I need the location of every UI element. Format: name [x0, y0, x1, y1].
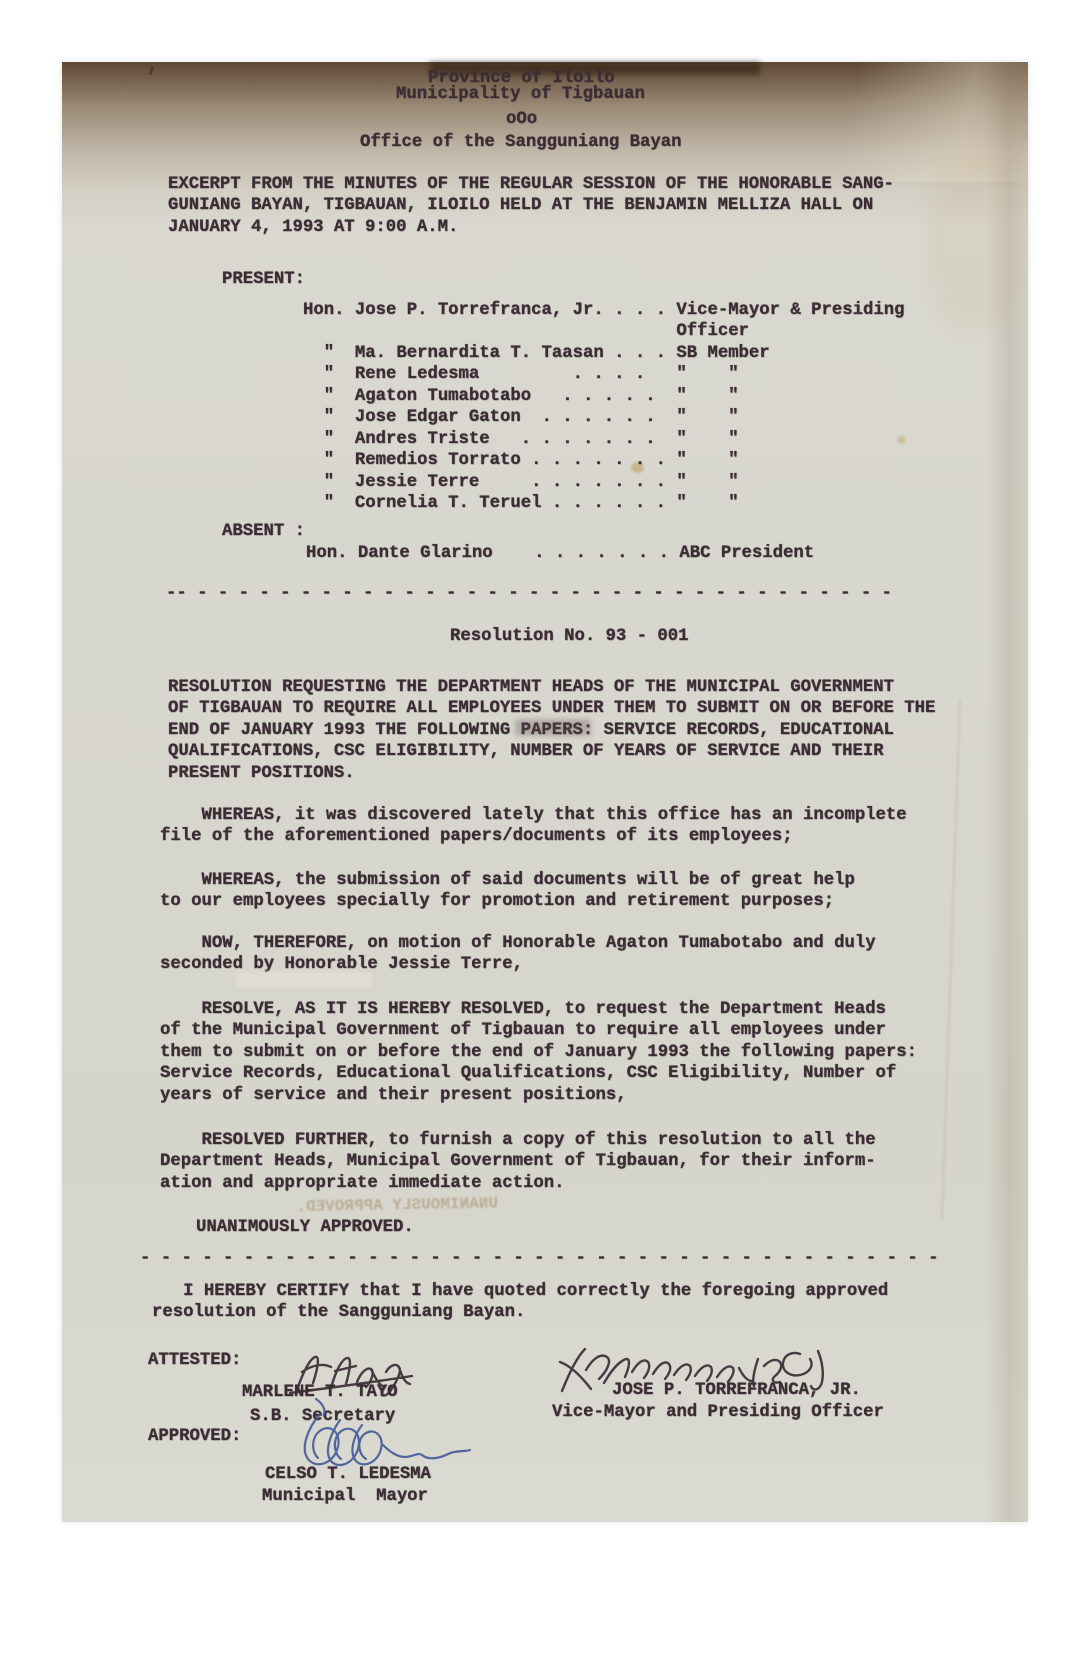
body-line: of the Municipal Government of Tigbauan … [160, 1020, 917, 1041]
dashed-separator: -- - - - - - - - - - - - - - - - - - - -… [166, 584, 892, 604]
attendance-row: " Ma. Bernardita T. Taasan . . . SB Memb… [303, 343, 905, 364]
approved-line: UNANIMOUSLY APPROVED. [196, 1218, 414, 1238]
attendance-row: " Cornelia T. Teruel . . . . . . " " [303, 493, 905, 514]
whereas-paragraph-1: WHEREAS, it was discovered lately that t… [160, 805, 907, 848]
attendance-row: " Andres Triste . . . . . . . " " [303, 429, 905, 450]
body-line: years of service and their present posit… [160, 1085, 917, 1106]
header-ornament: oOo [506, 110, 537, 130]
attendance-row: Hon. Jose P. Torrefranca, Jr. . . . Vice… [303, 300, 905, 321]
vice-mayor-title: Vice-Mayor and Presiding Officer [552, 1403, 884, 1423]
body-line: to our employees specially for promotion… [160, 891, 855, 912]
attendance-row: Officer [303, 321, 905, 342]
mayor-name: CELSO T. LEDESMA [265, 1465, 431, 1485]
now-therefore-paragraph: NOW, THEREFORE, on motion of Honorable A… [160, 933, 876, 976]
approved-label: APPROVED: [148, 1427, 241, 1447]
resolution-title-line: QUALIFICATIONS, CSC ELIGIBILITY, NUMBER … [168, 741, 935, 762]
body-line: seconded by Honorable Jessie Terre, [160, 954, 876, 975]
attendance-row: " Agaton Tumabotabo . . . . . " " [303, 386, 905, 407]
body-line: Department Heads, Municipal Government o… [160, 1151, 876, 1172]
absent-label: ABSENT : [222, 522, 305, 542]
header-municipality-line: Municipality of Tigbauan [396, 85, 645, 105]
body-line: WHEREAS, it was discovered lately that t… [160, 805, 907, 826]
mayor-title: Municipal Mayor [262, 1487, 428, 1507]
resolve-paragraph: RESOLVE, AS IT IS HEREBY RESOLVED, to re… [160, 999, 917, 1106]
excerpt-line: EXCERPT FROM THE MINUTES OF THE REGULAR … [168, 174, 894, 195]
header-office-line: Office of the Sangguniang Bayan [360, 133, 681, 153]
body-line: Service Records, Educational Qualificati… [160, 1063, 917, 1084]
resolution-title: RESOLUTION REQUESTING THE DEPARTMENT HEA… [168, 677, 935, 784]
body-line: WHEREAS, the submission of said document… [160, 870, 855, 891]
attendance-list: Hon. Jose P. Torrefranca, Jr. . . . Vice… [303, 300, 905, 514]
body-line: RESOLVED FURTHER, to furnish a copy of t… [160, 1130, 876, 1151]
present-label: PRESENT: [222, 270, 305, 290]
scanned-document-screenshot: { "colors": { "ink": "#3c2d35", "paper":… [0, 0, 1088, 1664]
certify-line: resolution of the Sangguniang Bayan. [152, 1302, 888, 1323]
secretary-title: S.B. Secretary [250, 1407, 395, 1427]
body-line: file of the aforementioned papers/docume… [160, 826, 907, 847]
body-line: ation and appropriate immediate action. [160, 1173, 876, 1194]
vice-mayor-name: JOSE P. TORREFRANCA, JR. [612, 1381, 861, 1401]
excerpt-line: JANUARY 4, 1993 AT 9:00 A.M. [168, 217, 894, 238]
resolution-title-line: OF TIGBAUAN TO REQUIRE ALL EMPLOYEES UND… [168, 698, 935, 719]
body-line: RESOLVE, AS IT IS HEREBY RESOLVED, to re… [160, 999, 917, 1020]
absent-row: Hon. Dante Glarino . . . . . . . ABC Pre… [306, 544, 814, 564]
resolution-title-line: RESOLUTION REQUESTING THE DEPARTMENT HEA… [168, 677, 935, 698]
resolution-title-line: END OF JANUARY 1993 THE FOLLOWING PAPERS… [168, 720, 935, 741]
resolution-title-line: PRESENT POSITIONS. [168, 763, 935, 784]
attendance-row: " Jessie Terre . . . . . . . " " [303, 472, 905, 493]
certify-line: I HEREBY CERTIFY that I have quoted corr… [152, 1281, 888, 1302]
certification-paragraph: I HEREBY CERTIFY that I have quoted corr… [152, 1281, 888, 1324]
attendance-row: " Rene Ledesma . . . . " " [303, 364, 905, 385]
excerpt-paragraph: EXCERPT FROM THE MINUTES OF THE REGULAR … [168, 174, 894, 238]
whereas-paragraph-2: WHEREAS, the submission of said document… [160, 870, 855, 913]
attendance-row: " Jose Edgar Gaton . . . . . . " " [303, 407, 905, 428]
attested-label: ATTESTED: [148, 1351, 241, 1371]
dashed-separator: - - - - - - - - - - - - - - - - - - - - … [140, 1249, 939, 1269]
secretary-name: MARLENE T. TAYO [242, 1383, 398, 1403]
body-line: NOW, THEREFORE, on motion of Honorable A… [160, 933, 876, 954]
body-line: them to submit on or before the end of J… [160, 1042, 917, 1063]
attendance-row: " Remedios Torrato . . . . . . . " " [303, 450, 905, 471]
resolution-number: Resolution No. 93 - 001 [450, 627, 689, 647]
excerpt-line: GUNIANG BAYAN, TIGBAUAN, ILOILO HELD AT … [168, 195, 894, 216]
resolved-further-paragraph: RESOLVED FURTHER, to furnish a copy of t… [160, 1130, 876, 1194]
